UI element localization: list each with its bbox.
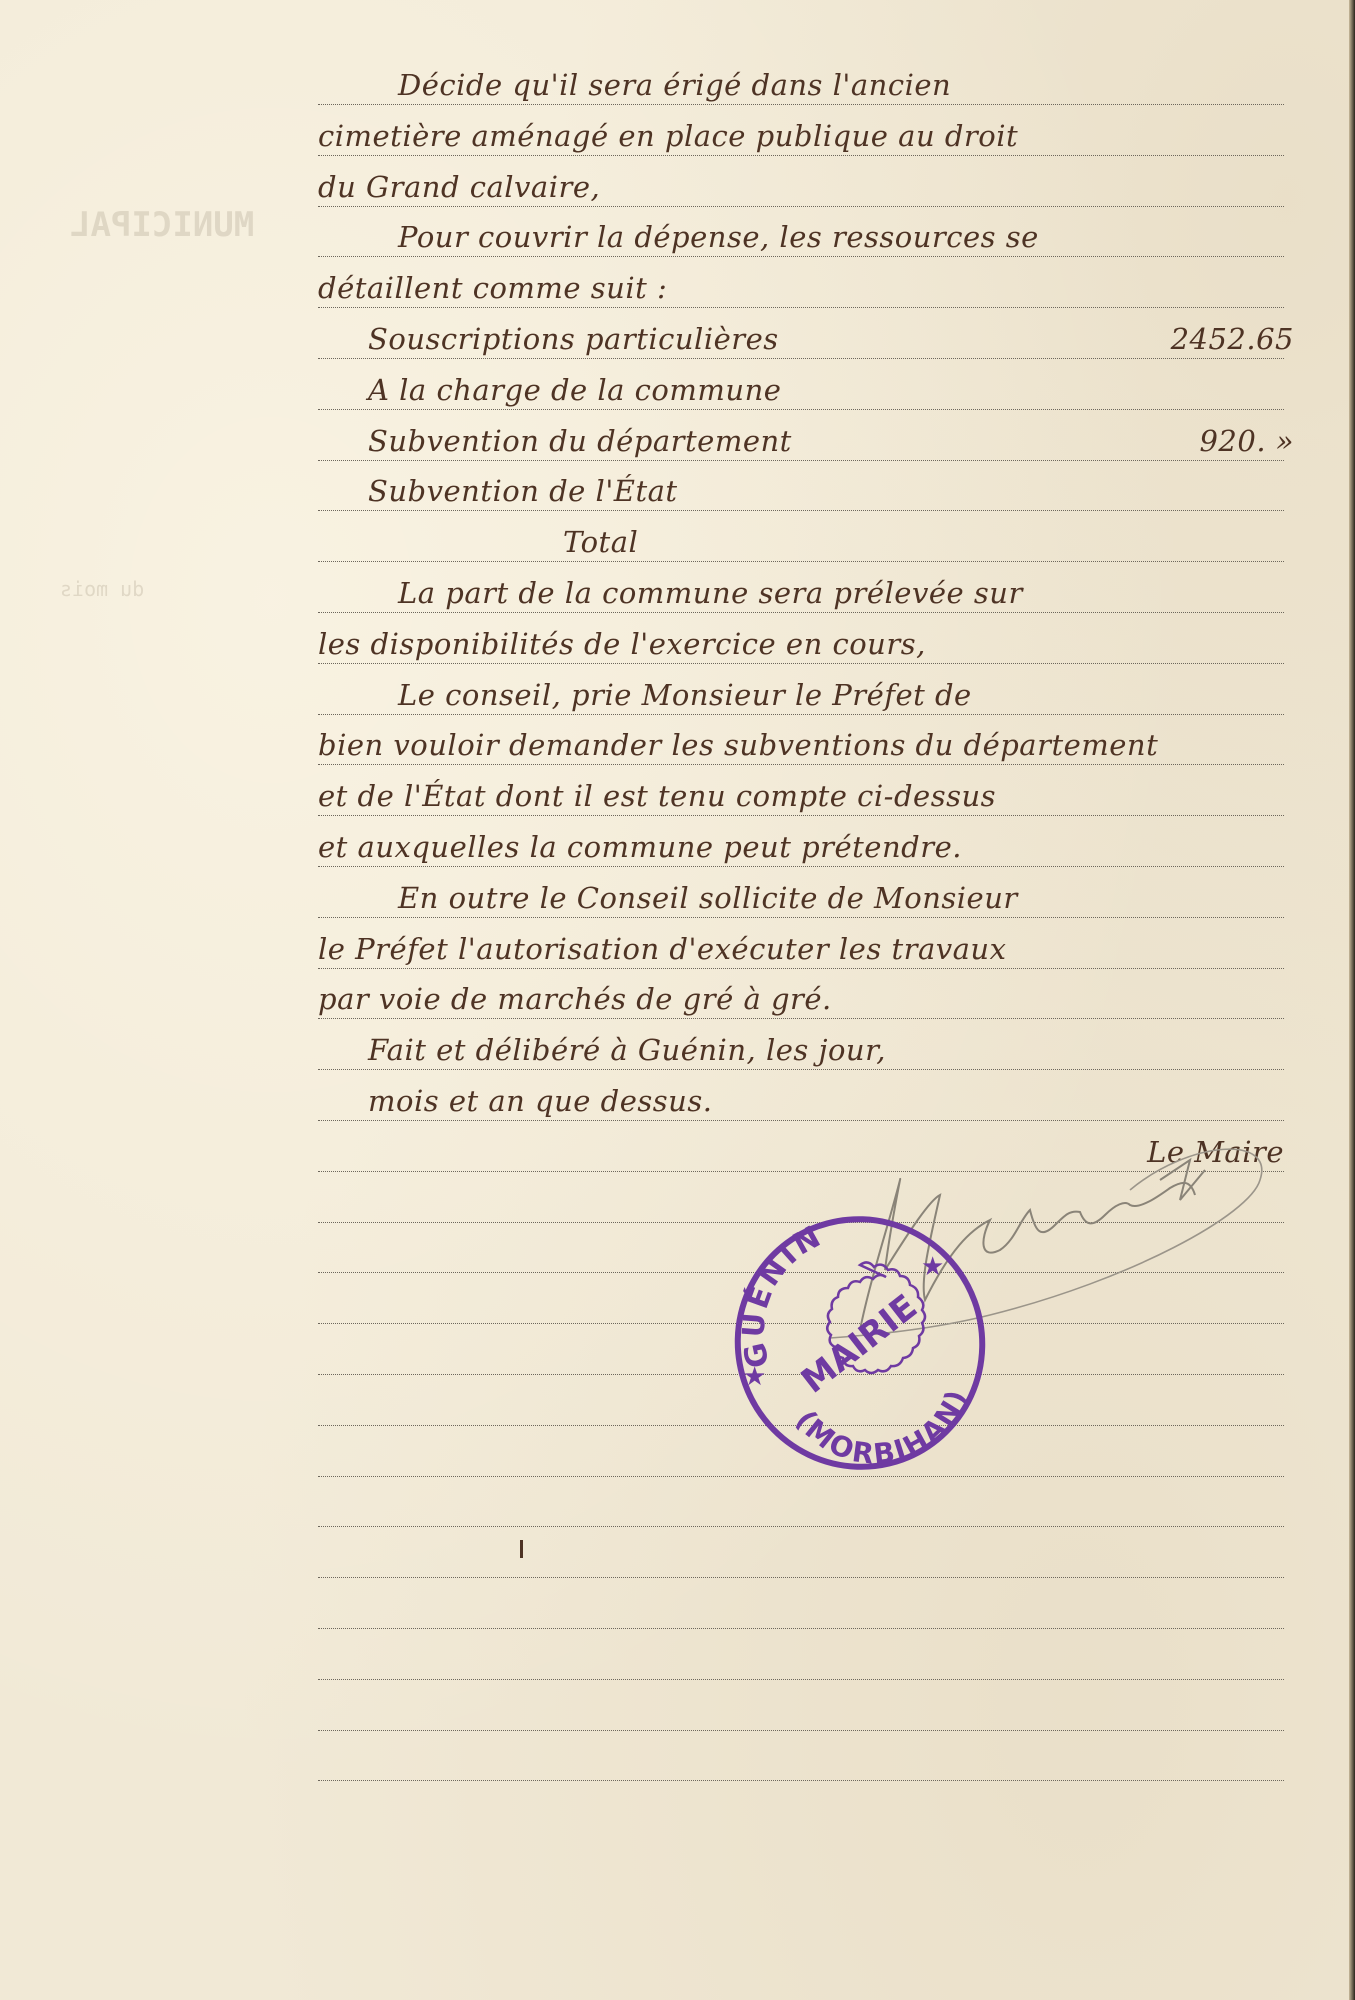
line-text: Fait et délibéré à Guénin, les jour, [368,1025,886,1075]
handwritten-line: les disponibilités de l'exercice en cour… [318,619,1284,669]
handwritten-line: du Grand calvaire, [318,162,1284,212]
handwritten-line: Subvention de l'État [318,466,1334,516]
line-text: Pour couvrir la dépense, les ressources … [398,212,1039,262]
scan-edge [1349,0,1355,2000]
handwritten-line: Pour couvrir la dépense, les ressources … [318,212,1355,262]
show-through-text: MUNICIPAL [70,205,254,245]
line-text: Total [563,517,638,567]
ink-mark [520,1540,523,1558]
ruled-line [318,1780,1284,1781]
svg-text:GUÉNIN: GUÉNIN [736,1218,829,1371]
mairie-stamp: GUÉNIN (MORBIHAN) MAIRIE ★ ★ [725,1205,995,1475]
star-icon: ★ [921,1252,944,1282]
show-through-text: du mois [60,577,144,601]
handwritten-line: détaillent comme suit : [318,263,1284,313]
stamp-center-text: MAIRIE [794,1287,925,1402]
amount-value: 920. » [1199,416,1294,466]
line-text: En outre le Conseil sollicite de Monsieu… [398,873,1018,923]
line-text: Décide qu'il sera érigé dans l'ancien [398,60,951,110]
handwritten-line: La part de la commune sera prélevée sur [318,568,1355,618]
stamp-top-text: GUÉNIN [736,1218,829,1371]
line-text: par voie de marchés de gré à gré. [318,974,832,1024]
handwritten-line: Souscriptions particulières2452.65 [318,314,1334,364]
line-text: Le conseil, prie Monsieur le Préfet de [398,670,972,720]
ruled-line [318,1628,1284,1629]
handwritten-line: Le conseil, prie Monsieur le Préfet de [318,670,1355,720]
ruled-line [318,1730,1284,1731]
line-text: cimetière aménagé en place publique au d… [318,111,1018,161]
handwritten-line: cimetière aménagé en place publique au d… [318,111,1284,161]
ruled-line [318,1679,1284,1680]
line-text: Subvention de l'État [368,466,678,516]
line-text: détaillent comme suit : [318,263,667,313]
line-text: et de l'État dont il est tenu compte ci-… [318,771,996,821]
line-text: bien vouloir demander les subventions du… [318,720,1158,770]
handwritten-line: bien vouloir demander les subventions du… [318,720,1284,770]
line-text: Subvention du département [368,416,792,466]
handwritten-line: et auxquelles la commune peut prétendre. [318,822,1284,872]
ruled-line [318,1476,1284,1477]
handwritten-line: mois et an que dessus. [318,1076,1334,1126]
line-text: mois et an que dessus. [368,1076,712,1126]
ruled-line [318,1577,1284,1578]
line-text: les disponibilités de l'exercice en cour… [318,619,926,669]
handwritten-line: Fait et délibéré à Guénin, les jour, [318,1025,1334,1075]
line-text: A la charge de la commune [368,365,781,415]
handwritten-line: et de l'État dont il est tenu compte ci-… [318,771,1284,821]
amount-value: 2452.65 [1171,314,1294,364]
handwritten-line: Décide qu'il sera érigé dans l'ancien [318,60,1355,110]
handwritten-line: Subvention du département920. » [318,416,1334,466]
handwritten-line: A la charge de la commune [318,365,1334,415]
ruled-line [318,1526,1284,1527]
line-text: le Préfet l'autorisation d'exécuter les … [318,924,1006,974]
document-page: MUNICIPAL du mois Décide qu'il sera érig… [0,0,1355,2000]
handwritten-line: Total [318,517,1355,567]
handwritten-line: En outre le Conseil sollicite de Monsieu… [318,873,1355,923]
line-text: et auxquelles la commune peut prétendre. [318,822,962,872]
line-text: La part de la commune sera prélevée sur [398,568,1023,618]
line-text: Souscriptions particulières [368,314,779,364]
handwritten-line: le Préfet l'autorisation d'exécuter les … [318,924,1284,974]
handwritten-line: par voie de marchés de gré à gré. [318,974,1284,1024]
star-icon: ★ [743,1362,766,1392]
line-text: du Grand calvaire, [318,162,600,212]
